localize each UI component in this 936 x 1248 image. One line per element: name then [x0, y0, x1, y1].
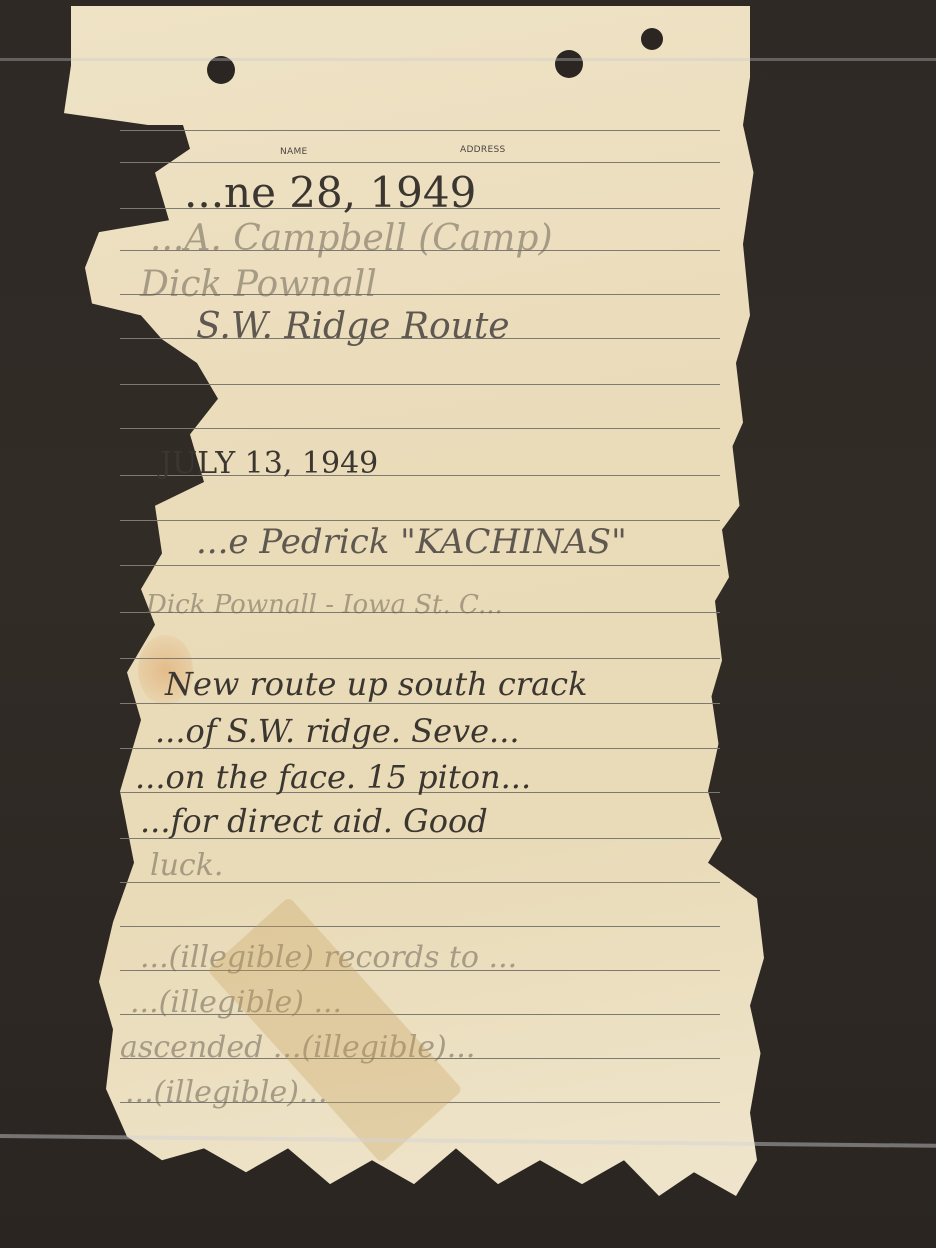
entry-line: Dick Pownall - Iowa St. C...	[146, 590, 503, 620]
entry-line: S.W. Ridge Route	[196, 306, 510, 347]
punch-hole	[641, 28, 663, 50]
entry-line: ...on the face. 15 piton...	[135, 758, 531, 796]
name-column-label: NAME	[280, 147, 308, 157]
entry-line: ...for direct aid. Good	[140, 802, 488, 840]
entry-line: ...A. Campbell (Camp)	[150, 218, 553, 259]
entry-date: JULY 13, 1949	[160, 446, 378, 481]
entry-line: ...of S.W. ridge. Seve...	[155, 712, 520, 750]
entry-line: luck.	[150, 848, 223, 883]
glass-edge	[0, 58, 936, 61]
entry-line: Dick Pownall	[140, 264, 377, 305]
punch-hole	[555, 50, 583, 78]
entry-line: ...e Pedrick "KACHINAS"	[196, 522, 627, 562]
entry-date: ...ne 28, 1949	[184, 168, 476, 217]
address-column-label: ADDRESS	[460, 145, 505, 155]
entry-line: ...(illegible)...	[125, 1075, 328, 1110]
entry-line: New route up south crack	[165, 665, 587, 703]
